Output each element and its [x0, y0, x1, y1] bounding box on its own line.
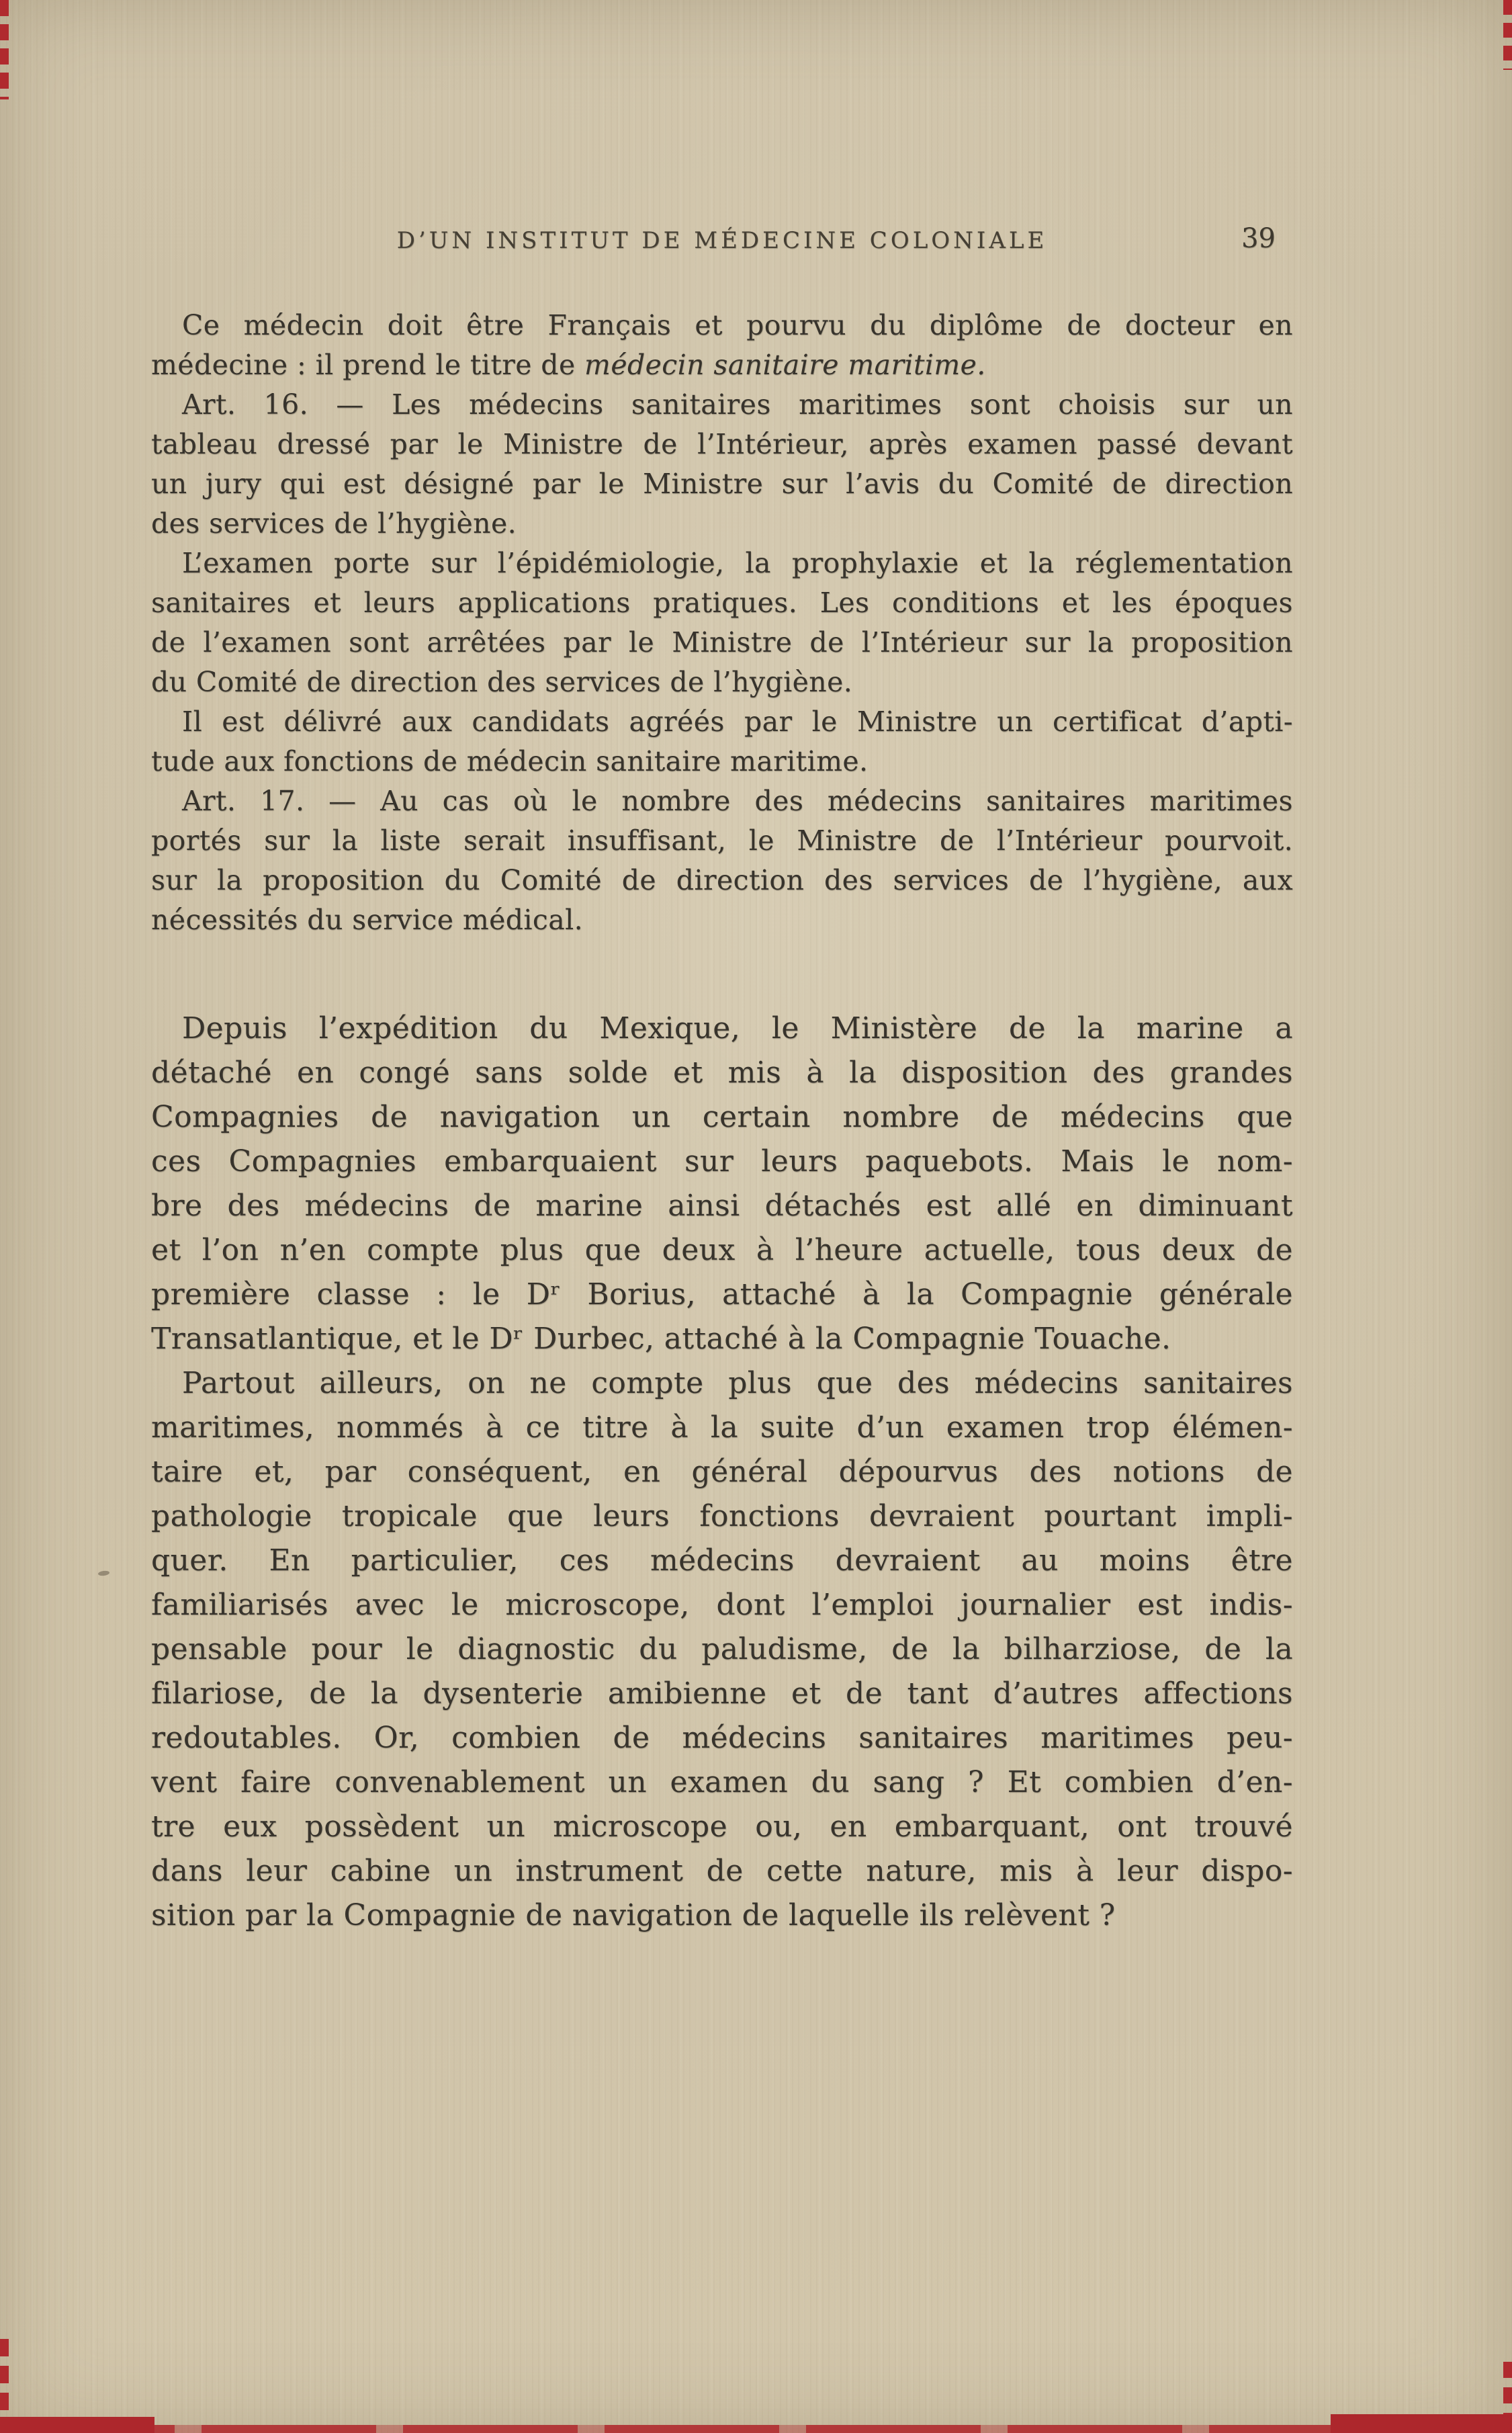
text-line: un jury qui est désigné par le Ministre …	[151, 464, 1293, 504]
text-line: Il est délivré aux candidats agréés par …	[151, 702, 1293, 742]
text-line: vent faire convenablement un examen du s…	[151, 1760, 1293, 1805]
text-line: quer. En particulier, ces médecins devra…	[151, 1539, 1293, 1583]
text-column: Ce médecin doit être Français et pourvu …	[151, 0, 1293, 2433]
text-line: Depuis l’expédition du Mexique, le Minis…	[151, 1007, 1293, 1051]
scanned-book-page: D’UN INSTITUT DE MÉDECINE COLONIALE 39 C…	[0, 0, 1512, 2433]
text-line: taire et, par conséquent, en général dép…	[151, 1450, 1293, 1494]
section-narrative: Depuis l’expédition du Mexique, le Minis…	[151, 1007, 1293, 1938]
text-line: sition par la Compagnie de navigation de…	[151, 1893, 1293, 1938]
ink-speck	[98, 1570, 110, 1576]
scan-edge-mark-top-left	[0, 0, 9, 99]
text-line: sur la proposition du Comité de directio…	[151, 861, 1293, 900]
text-line: Art. 16. — Les médecins sanitaires marit…	[151, 385, 1293, 425]
text-line: ces Compagnies embarquaient sur leurs pa…	[151, 1140, 1293, 1184]
text-line: familiarisés avec le microscope, dont l’…	[151, 1583, 1293, 1627]
text-line: de l’examen sont arrêtées par le Ministr…	[151, 623, 1293, 663]
text-line: et l’on n’en compte plus que deux à l’he…	[151, 1228, 1293, 1273]
scan-edge-mark-bottom-right	[1503, 2362, 1512, 2426]
text-line: Transatlantique, et le Dʳ Durbec, attach…	[151, 1317, 1293, 1361]
text-line: tude aux fonctions de médecin sanitaire …	[151, 742, 1293, 781]
text-line: filariose, de la dysenterie amibienne et…	[151, 1672, 1293, 1716]
text-line: maritimes, nommés à ce titre à la suite …	[151, 1406, 1293, 1450]
text-line: première classe : le Dʳ Borius, attaché …	[151, 1273, 1293, 1317]
text-line: des services de l’hygiène.	[151, 504, 1293, 544]
section-regulation-extract: Ce médecin doit être Français et pourvu …	[151, 306, 1293, 940]
text-line: médecine : il prend le titre de médecin …	[151, 345, 1293, 385]
text-line: tableau dressé par le Ministre de l’Inté…	[151, 425, 1293, 464]
text-line: nécessités du service médical.	[151, 900, 1293, 940]
text-line: bre des médecins de marine ainsi détaché…	[151, 1184, 1293, 1228]
text-line: tre eux possèdent un microscope ou, en e…	[151, 1805, 1293, 1849]
text-line: dans leur cabine un instrument de cette …	[151, 1849, 1293, 1893]
text-line: détaché en congé sans solde et mis à la …	[151, 1051, 1293, 1095]
text-line: Partout ailleurs, on ne compte plus que …	[151, 1361, 1293, 1406]
text-line: pathologie tropicale que leurs fonctions…	[151, 1494, 1293, 1539]
scan-edge-mark-top-right	[1503, 0, 1512, 70]
text-line: pensable pour le diagnostic du paludisme…	[151, 1627, 1293, 1672]
text-line: portés sur la liste serait insuffisant, …	[151, 821, 1293, 861]
text-line: L’examen porte sur l’épidémiologie, la p…	[151, 544, 1293, 583]
text-line: Art. 17. — Au cas où le nombre des médec…	[151, 781, 1293, 821]
text-line: redoutables. Or, combien de médecins san…	[151, 1716, 1293, 1760]
scan-edge-mark-bottom-left	[0, 2339, 9, 2426]
scan-edge-block-bottom-left	[0, 2417, 154, 2433]
text-line: du Comité de direction des services de l…	[151, 663, 1293, 702]
text-line: Compagnies de navigation un certain nomb…	[151, 1095, 1293, 1140]
text-line: Ce médecin doit être Français et pourvu …	[151, 306, 1293, 345]
text-line: sanitaires et leurs applications pratiqu…	[151, 583, 1293, 623]
scan-edge-block-bottom-right	[1331, 2414, 1512, 2433]
